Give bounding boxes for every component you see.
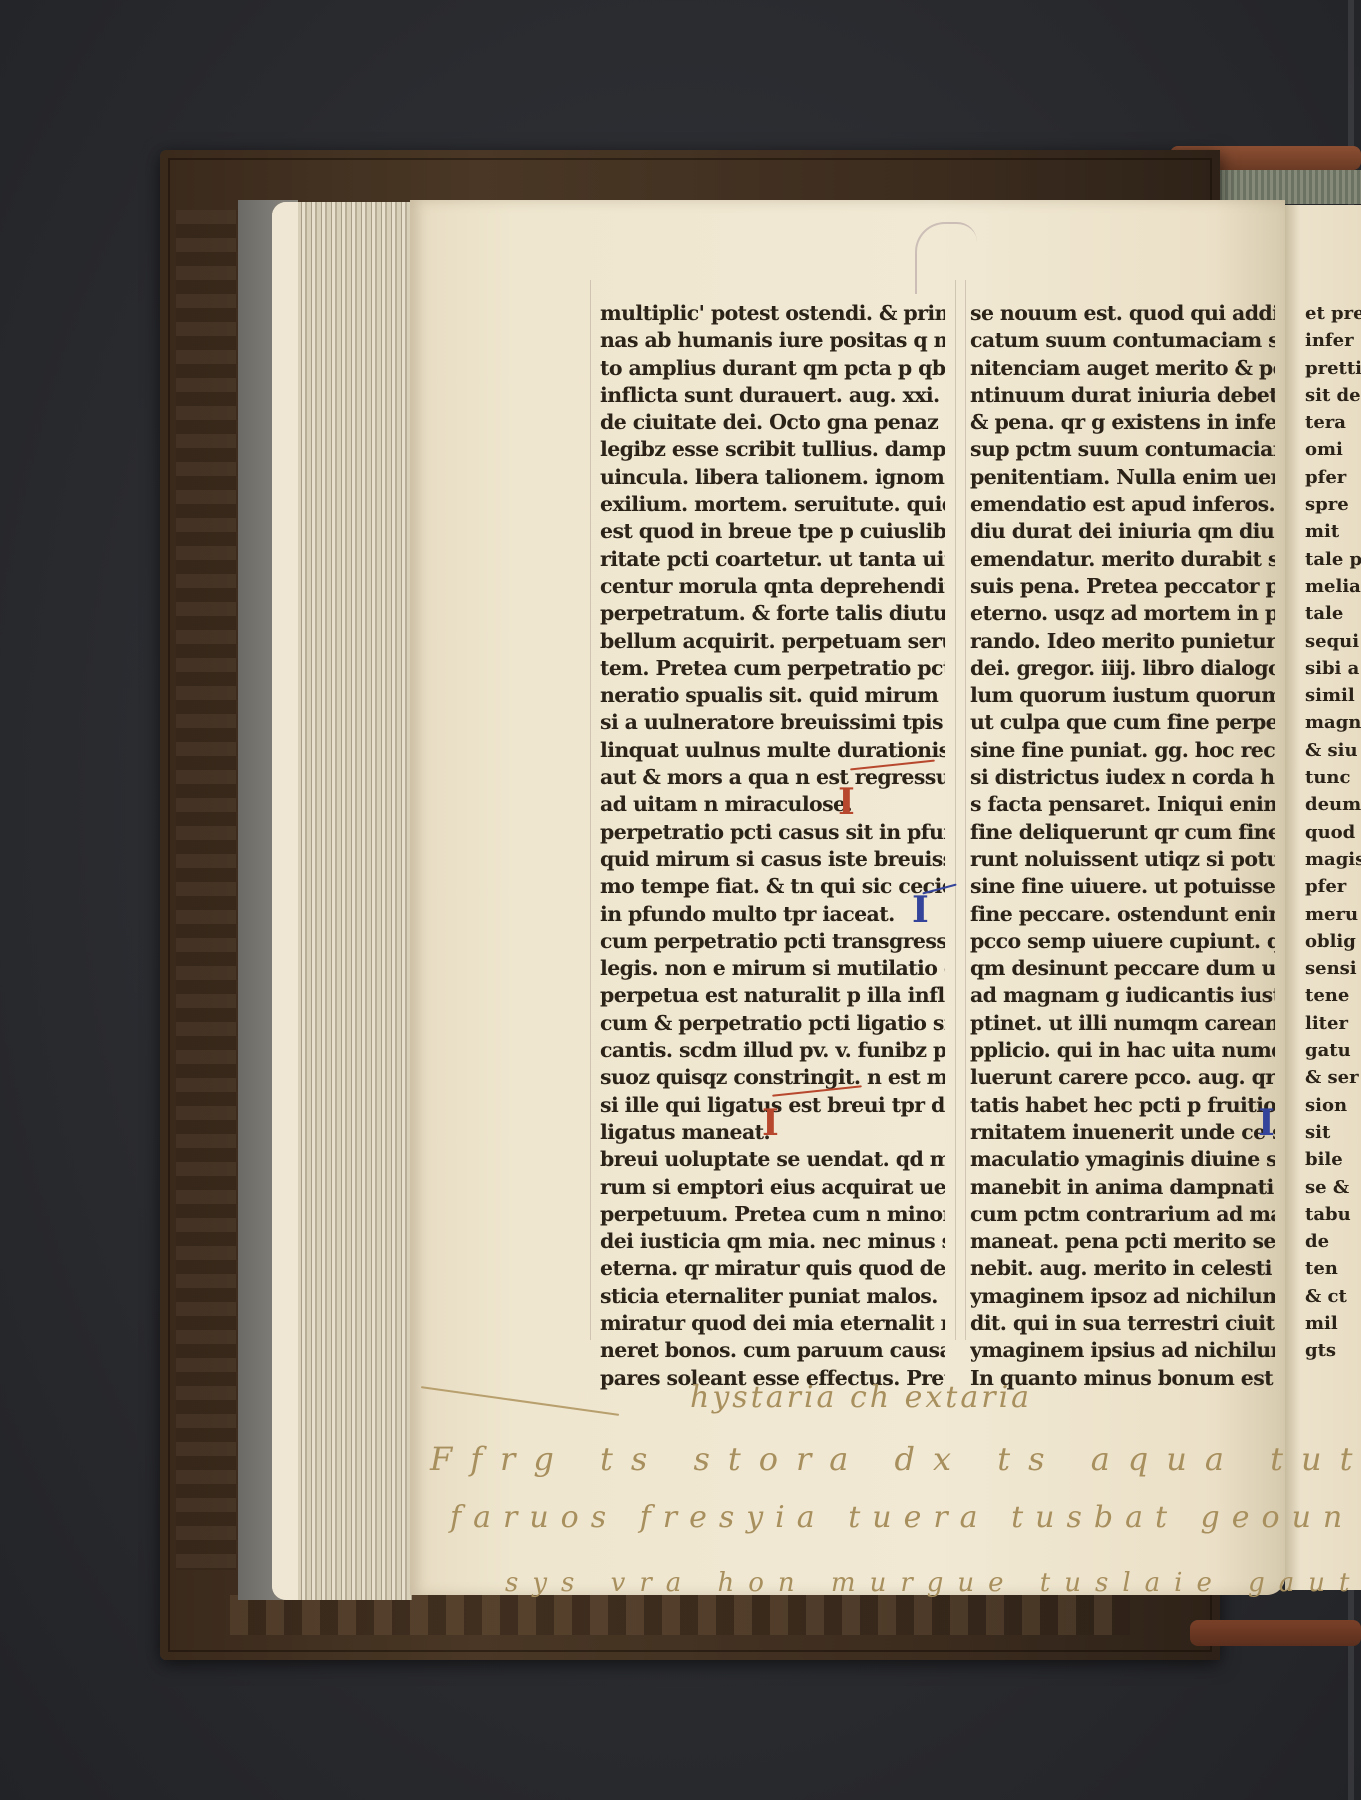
page-stack-highlight [272,202,298,1600]
text-line: sup pctm suum contumaciam im [970,436,1275,463]
text-line: tunc [1305,764,1361,791]
text-line: et pre [1305,300,1361,327]
rubricated-initial-red: I [838,786,855,818]
text-line: quod [1305,819,1361,846]
text-column-left: multiplic' potest ostendi. & primo p pen… [600,300,945,1392]
text-column-right: se nouum est. quod qui addit sup pecatum… [970,300,1275,1392]
text-line: perpetratio pcti casus sit in pfundu. [600,819,945,846]
next-page-text-fragments: et preinferprettisit deteraomipferspremi… [1305,300,1361,1365]
text-line: maneat. pena pcti merito semp [970,1228,1275,1255]
text-line: neratio spualis sit. quid mirum [600,682,945,709]
ruling-line-left [590,280,591,1340]
text-line: uincula. libera talionem. ignominia. [600,464,945,491]
text-line: ritate pcti coartetur. ut tanta uindi [600,546,945,573]
text-line: aut & mors a qua n est regressus [600,764,945,791]
ruling-line-middle [955,280,956,1340]
text-line: legibz esse scribit tullius. dampnum. [600,436,945,463]
text-line: cantis. scdm illud pv. v. funibz pccoz [600,1037,945,1064]
text-line: rnitatem inuenerit unde ce securitatem [970,1119,1275,1146]
text-line: sticia eternaliter puniat malos. & n [600,1283,945,1310]
text-line: & pena. qr g existens in inferno addit [970,409,1275,436]
text-line: tera [1305,409,1361,436]
text-line: runt noluissent utiqz si potuissent [970,846,1275,873]
text-line: de [1305,1228,1361,1255]
text-line: maculatio ymaginis diuine sem [970,1146,1275,1173]
text-line: rum si emptori eius acquirat uel [600,1174,945,1201]
text-line: de ciuitate dei. Octo gna penaz in [600,409,945,436]
text-line: fine peccare. ostendunt enim qui [970,901,1275,928]
text-line: sit [1305,1119,1361,1146]
text-line: multiplic' potest ostendi. & primo p pe [600,300,945,327]
text-line: sion [1305,1092,1361,1119]
text-line: pretti [1305,355,1361,382]
text-line: infer [1305,327,1361,354]
cover-tooling-left [176,210,236,1570]
rubricated-initial-red-2: I [762,1107,779,1139]
text-line: bile [1305,1146,1361,1173]
text-line: melia [1305,573,1361,600]
text-line: to amplius durant qm pcta p qbz [600,355,945,382]
text-line: eterno. usqz ad mortem in pcco perse [970,600,1275,627]
text-line: qm desinunt peccare dum uiuunt [970,955,1275,982]
text-line: exilium. mortem. seruitute. quid hoz [600,491,945,518]
text-line: & ser [1305,1064,1361,1091]
text-line: pcco semp uiuere cupiunt. qui [970,928,1275,955]
text-line: ptinet. ut illi numqm careant su [970,1010,1275,1037]
text-line: dei. gregor. iiij. libro dialogoz. Ease [970,655,1275,682]
text-line: gatu [1305,1037,1361,1064]
text-line: tabu [1305,1201,1361,1228]
marginal-sketch-drawing [915,222,977,294]
text-line: s facta pensaret. Iniqui enim ideo [970,791,1275,818]
text-line: est quod in breue tpe p cuiuslibet cele [600,518,945,545]
text-line: breui uoluptate se uendat. qd mi [600,1146,945,1173]
text-line: dit. qui in sua terrestri ciuitate [970,1310,1275,1337]
text-line: dei iusticia qm mia. nec minus sit [600,1228,945,1255]
ruling-line-middle-2 [965,280,966,1340]
text-line: tale [1305,600,1361,627]
text-line: inflicta sunt durauert. aug. xxi. li. [600,382,945,409]
text-line: simil [1305,682,1361,709]
text-line: mit [1305,518,1361,545]
text-line: sibi a [1305,655,1361,682]
text-line: sensi [1305,955,1361,982]
text-line: lum quorum iustum quorum iniustum [970,682,1275,709]
text-line: perpetuum. Pretea cum n minor sit [600,1201,945,1228]
marginal-note-line-3: faruos fresyia tuera tusbat geoun [450,1500,1354,1535]
text-line: liter [1305,1010,1361,1037]
text-line: & ct [1305,1283,1361,1310]
text-line: tene [1305,982,1361,1009]
text-line: ymaginem ipsius ad nichilum redeg [970,1337,1275,1364]
text-line: se nouum est. quod qui addit sup pe [970,300,1275,327]
text-line: cum pctm contrarium ad maculam [970,1201,1275,1228]
text-line: emendatur. merito durabit semp [970,546,1275,573]
text-line: tale p [1305,546,1361,573]
marginal-note-line-1: hystaria ch extaria [690,1380,1032,1415]
text-line: legis. non e mirum si mutilatio q [600,955,945,982]
text-line: deum [1305,791,1361,818]
text-line: miratur quod dei mia eternalit remu [600,1310,945,1337]
text-line: perpetua est naturalit p illa infligat. [600,982,945,1009]
text-line: cum perpetratio pcti transgressio sit [600,928,945,955]
text-line: ad magnam g iudicantis iustic [970,982,1275,1009]
text-line: pfer [1305,464,1361,491]
text-line: emendatio est apud inferos. & tam [970,491,1275,518]
text-line: centur morula qnta deprehenditur [600,573,945,600]
text-line: cum & perpetratio pcti ligatio sit pec [600,1010,945,1037]
text-line: sequi [1305,628,1361,655]
text-line: fine deliquerunt qr cum fine uixe [970,819,1275,846]
text-line: perpetratum. & forte talis diuturnum [600,600,945,627]
text-line: nitenciam auget merito & penam. co [970,355,1275,382]
marginal-note-line-2: Ffrg ts stora dx ts aqua tut [430,1440,1361,1478]
marginal-note-line-4: sys vra hon murgue tuslaie gaute [505,1568,1361,1598]
text-line: tem. Pretea cum perpetratio pcti uul [600,655,945,682]
text-line: omi [1305,436,1361,463]
text-line: manebit in anima dampnati [970,1174,1275,1201]
text-line: oblig [1305,928,1361,955]
rubricated-initial-blue-right: I [1258,1107,1275,1139]
text-line: rando. Ideo merito punietur in eterno [970,628,1275,655]
text-line: si a uulneratore breuissimi tpis re [600,709,945,736]
text-line: nas ab humanis iure positas q mul [600,327,945,354]
text-line: linquat uulnus multe durationis [600,737,945,764]
text-line: neret bonos. cum paruum causaz [600,1337,945,1364]
rubricated-initial-blue: I [912,894,929,926]
text-line: catum suum contumaciam seu impe [970,327,1275,354]
text-line: ut culpa que cum fine perpetrata [970,709,1275,736]
text-line: suis pena. Pretea peccator peccauit in [970,573,1275,600]
text-line: spre [1305,491,1361,518]
text-line: sine fine uiuere. ut potuissent sine [970,873,1275,900]
text-line: tatis habet hec pcti p fruitione ete [970,1092,1275,1119]
text-line: sit de [1305,382,1361,409]
cover-tooling-bottom [230,1595,1130,1635]
text-line: pplicio. qui in hac uita numqm uo [970,1037,1275,1064]
text-line: se & [1305,1174,1361,1201]
text-line: diu durat dei iniuria qm diu n [970,518,1275,545]
text-line: eterna. qr miratur quis quod dei iu [600,1255,945,1282]
text-line: nebit. aug. merito in celesti ciuit [970,1255,1275,1282]
text-line: ntinuum durat iniuria debet durare [970,382,1275,409]
text-line: luerunt carere pcco. aug. qr eterni [970,1064,1275,1091]
text-line: penitentiam. Nulla enim uera penitentia [970,464,1275,491]
text-line: ymaginem ipsoz ad nichilum re [970,1283,1275,1310]
text-line: si districtus iudex n corda hom [970,764,1275,791]
text-line: suoz quisqz constringit. n est miru [600,1064,945,1091]
text-line: ten [1305,1255,1361,1282]
text-line: gts [1305,1337,1361,1364]
text-line: magis [1305,846,1361,873]
text-line: sine fine puniat. gg. hoc recte di [970,737,1275,764]
binding-strap-bottom [1190,1620,1361,1646]
text-line: ad uitam n miraculose. [600,791,945,818]
text-line: magn [1305,709,1361,736]
text-line: & siu [1305,737,1361,764]
text-line: mil [1305,1310,1361,1337]
text-line: pfer [1305,873,1361,900]
text-line: mo tempe fiat. & tn qui sic ceciderit [600,873,945,900]
text-line: bellum acquirit. perpetuam seruitu [600,628,945,655]
text-line: quid mirum si casus iste breuissi [600,846,945,873]
text-line: meru [1305,901,1361,928]
text-line: in pfundo multo tpr iaceat. [600,901,945,928]
